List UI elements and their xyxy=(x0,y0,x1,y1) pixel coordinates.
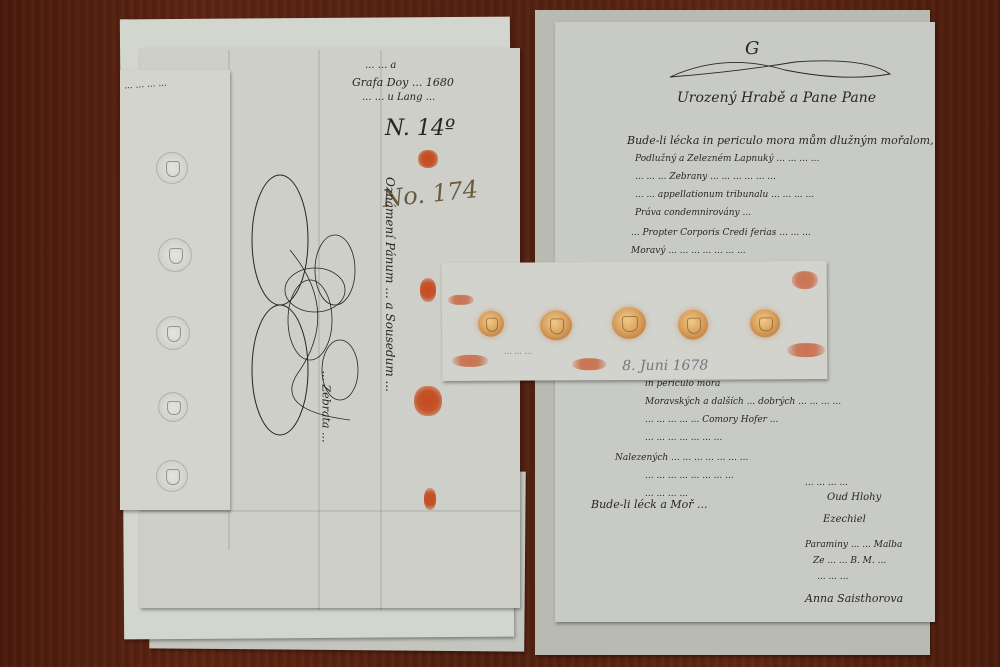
calligraphic-flourish xyxy=(240,170,380,440)
docket-line: Grafa Doy ... 1680 xyxy=(352,76,454,89)
body-line: ... Propter Corporis Credi ferias ... ..… xyxy=(631,228,811,238)
body-line: Nalezených ... ... ... ... ... ... ... xyxy=(615,453,748,463)
fold-line xyxy=(380,50,382,610)
red-wax-remnant xyxy=(792,271,818,289)
body-line: Moravý ... ... ... ... ... ... ... xyxy=(631,246,746,256)
seal-strip: ... ... ... 8. Juni 1678 xyxy=(442,261,828,381)
blind-seal xyxy=(156,316,190,350)
red-wax-remnant xyxy=(452,355,488,367)
body-line: Práva condemnirovány ... xyxy=(635,208,751,218)
seal-side-strip: ... ... ... ... xyxy=(120,70,230,510)
blind-seal xyxy=(158,238,192,272)
body-line: Podlužný a Zelezném Lapnuký ... ... ... … xyxy=(635,154,819,164)
signature-line: Ezechiel xyxy=(823,514,866,525)
fold-line xyxy=(140,510,520,512)
red-wax-remnant xyxy=(418,150,438,168)
wax-seal xyxy=(678,310,708,340)
red-wax-remnant xyxy=(448,295,474,305)
strip-note: ... ... ... ... xyxy=(124,79,168,92)
blind-seal xyxy=(156,460,188,492)
docket-line: ... ... a xyxy=(365,60,396,71)
signature-line: Anna Saisthorova xyxy=(805,592,903,605)
body-line: ... ... ... ... ... Comory Hofer ... xyxy=(645,415,778,425)
strip-date: 8. Juni 1678 xyxy=(622,358,708,374)
flourish-initial-ornament xyxy=(665,42,895,92)
address-vertical: Oznámení Pánum ... a Sousedum ... xyxy=(383,177,397,437)
flourish-initial: G xyxy=(745,38,759,59)
signature-line: ... ... ... ... xyxy=(805,478,848,488)
blind-seal xyxy=(156,152,188,184)
address-vertical: ... Zebrata ... xyxy=(319,371,332,443)
body-line: Moravských a dalších ... dobrých ... ...… xyxy=(645,397,841,407)
body-line: in periculo mora xyxy=(645,379,720,389)
red-wax-remnant xyxy=(787,343,825,357)
signature-line: Oud Hlohy xyxy=(827,492,881,503)
wax-seal xyxy=(540,310,572,340)
red-wax-remnant xyxy=(420,278,436,302)
body-line: ... ... appellationum tribunalu ... ... … xyxy=(635,190,814,200)
body-line: Bude-li lécka in periculo mora mům dlužn… xyxy=(627,134,934,147)
salutation: Urozený Hrabě a Pane Pane xyxy=(677,90,876,106)
body-line: ... ... ... ... ... ... ... ... xyxy=(645,471,734,481)
docket-line: ... ... u Lang ... xyxy=(362,92,435,103)
blind-seal xyxy=(158,392,188,422)
red-wax-remnant xyxy=(424,488,436,510)
wax-seal xyxy=(612,307,646,339)
red-wax-remnant xyxy=(414,386,442,416)
reference-number: N. 14º xyxy=(385,116,455,141)
body-line: ... ... ... ... ... ... ... xyxy=(645,433,722,443)
pencil-note: ... ... ... xyxy=(504,347,532,356)
red-wax-remnant xyxy=(572,358,606,370)
signature-line: ... ... ... xyxy=(817,572,848,582)
signature-line: Paraminy ... ... Malba xyxy=(805,540,902,550)
wax-seal xyxy=(750,309,780,337)
signature-line: Ze ... ... B. M. ... xyxy=(813,556,886,566)
place-date: Bude-li léck a Moř ... xyxy=(591,498,708,511)
body-line: ... ... ... Zebrany ... ... ... ... ... … xyxy=(635,172,776,182)
wax-seal xyxy=(478,311,504,337)
